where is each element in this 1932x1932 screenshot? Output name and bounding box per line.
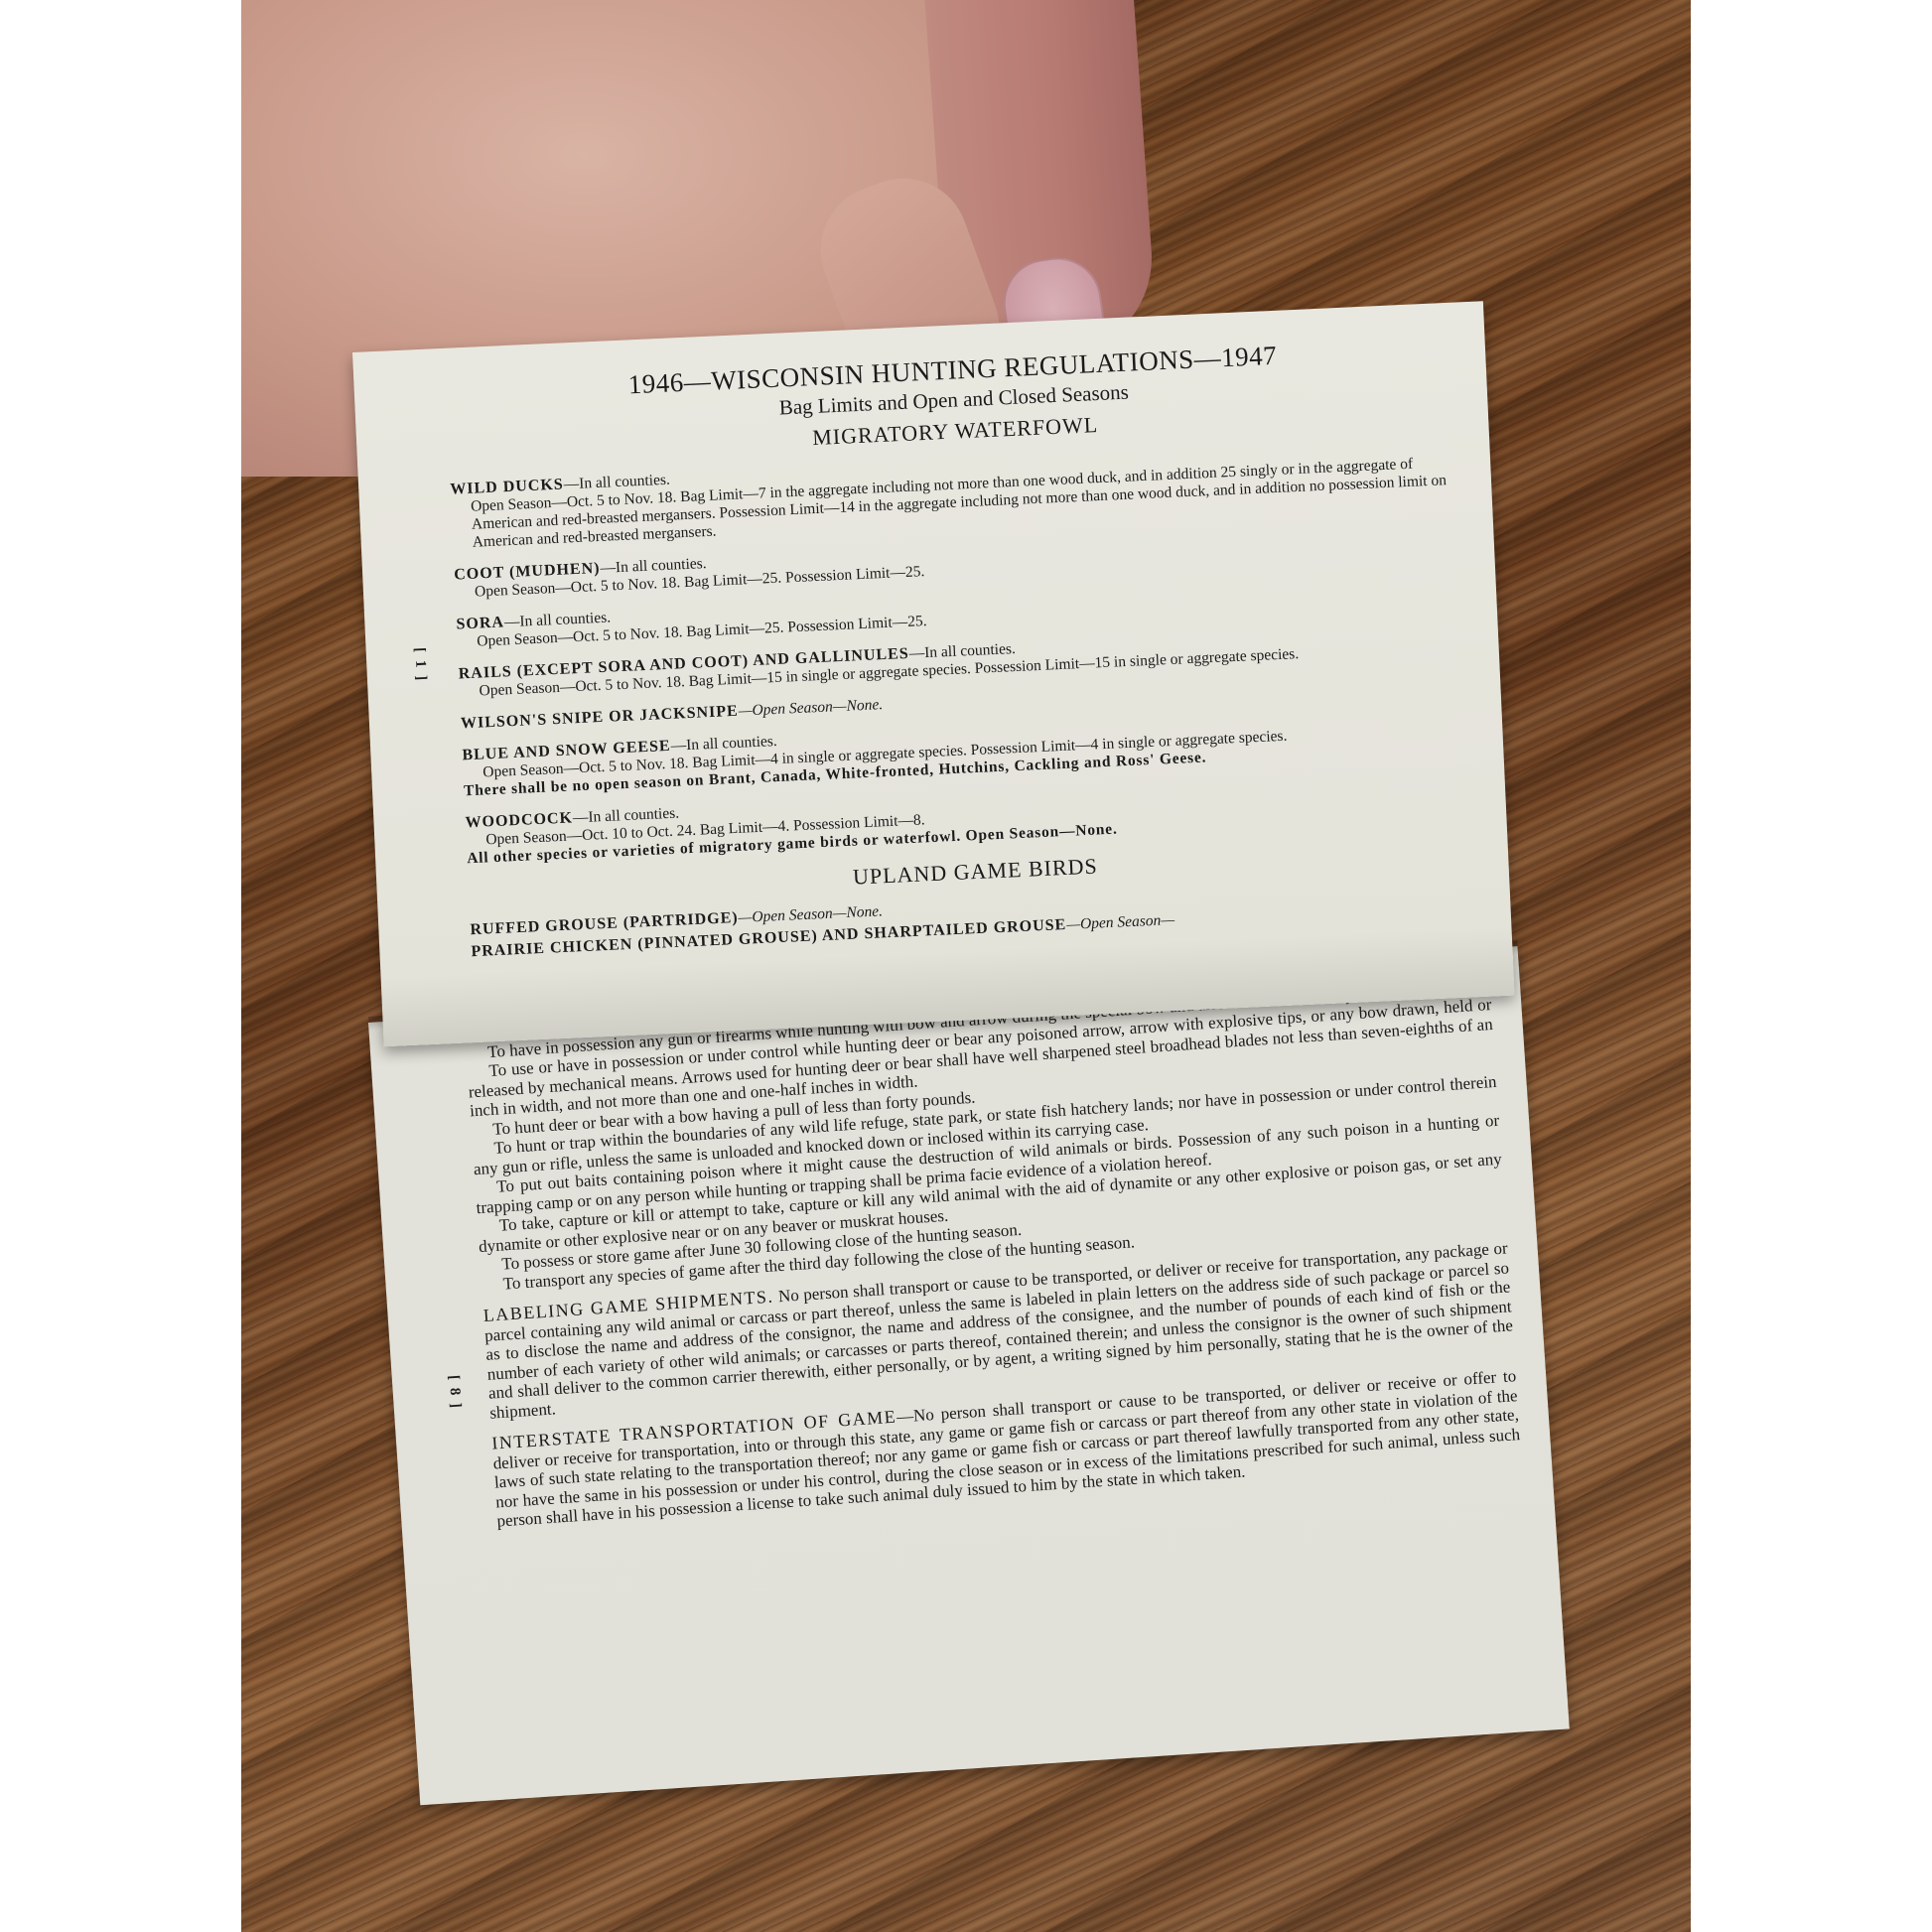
page-1: [ 1 ] 1946—WISCONSIN HUNTING REGULATIONS…	[352, 301, 1515, 1046]
page-8-content: known as tracer shells, burning tracer s…	[464, 956, 1522, 1531]
photo: [ 8 ] known as tracer shells, burning tr…	[241, 0, 1691, 1932]
page-number: [ 8 ]	[445, 1375, 464, 1411]
page-8: [ 8 ] known as tracer shells, burning tr…	[368, 946, 1570, 1805]
page-1-content: 1946—WISCONSIN HUNTING REGULATIONS—1947 …	[445, 326, 1486, 975]
page-number: [ 1 ]	[411, 647, 430, 683]
